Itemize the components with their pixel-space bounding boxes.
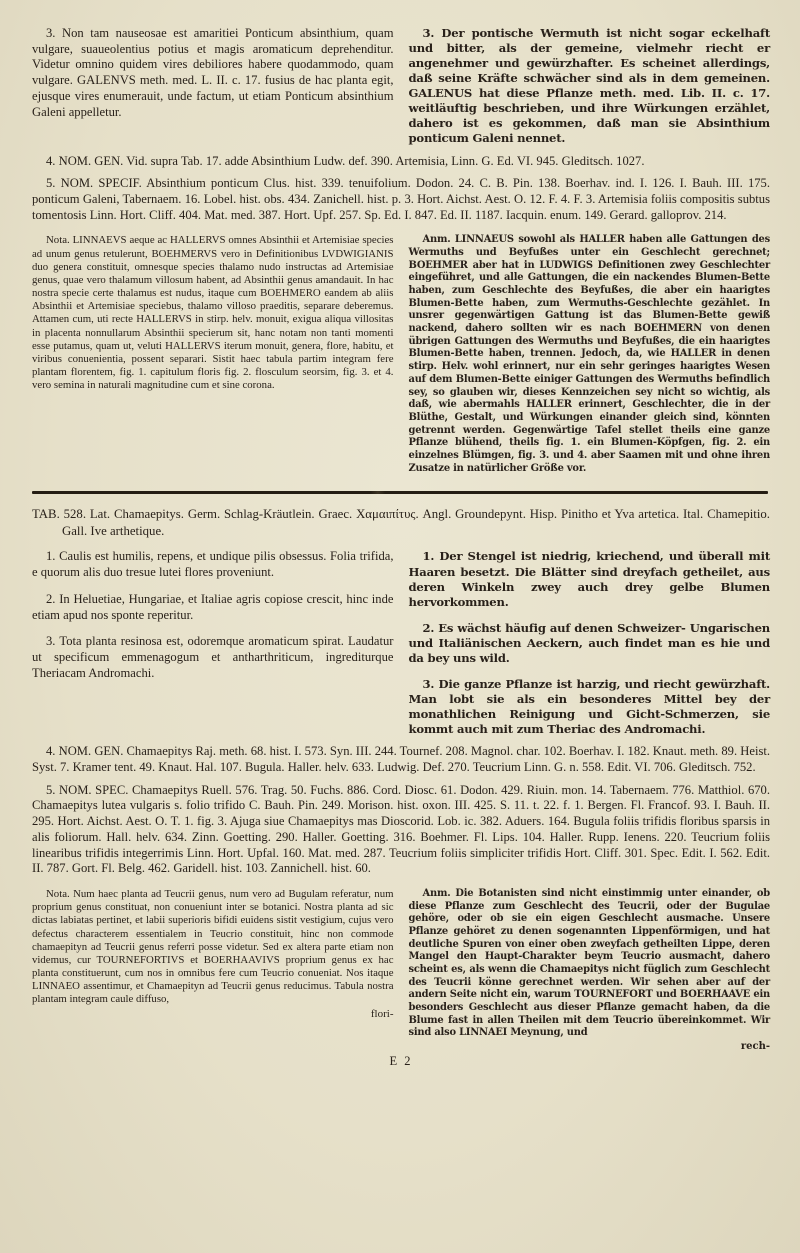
chamaepitys-latin-paragraph-1: 1. Caulis est humilis, repens, et undiqu… — [32, 549, 394, 580]
chamaepitys-latin-paragraph-2: 2. In Heluetiae, Hungariae, et Italiae a… — [32, 592, 394, 623]
chamaepitys-german-paragraph-2: 2. Es wächst häufig auf denen Schweizer-… — [409, 621, 771, 666]
catchword-flori: flori- — [371, 1008, 394, 1020]
absinthium-nom-gen: 4. NOM. GEN. Vid. supra Tab. 17. adde Ab… — [32, 154, 770, 170]
absinthium-entry: 3. Non tam nauseosae est amaritiei Ponti… — [32, 26, 770, 475]
chamaepitys-anm-german: Anm. Die Botanisten sind nicht einstimmi… — [409, 888, 771, 1040]
absinthium-german-paragraph-3: 3. Der pontische Wermuth ist nicht sogar… — [409, 26, 771, 147]
chamaepitys-nota-latin: Nota. Num haec planta ad Teucrii genus, … — [32, 888, 394, 1007]
chamaepitys-entry: TAB. 528. Lat. Chamaepitys. Germ. Schlag… — [32, 506, 770, 1069]
chamaepitys-german-paragraph-3: 3. Die ganze Pflanze ist harzig, und rie… — [409, 677, 771, 737]
chamaepitys-german-paragraph-1: 1. Der Stengel ist niedrig, kriechend, u… — [409, 549, 771, 609]
absinthium-paragraph-row: 3. Non tam nauseosae est amaritiei Ponti… — [32, 26, 770, 147]
chamaepitys-latin-paragraph-3: 3. Tota planta resinosa est, odoremque a… — [32, 634, 394, 681]
chamaepitys-german-column: 1. Der Stengel ist niedrig, kriechend, u… — [409, 549, 771, 737]
signature-mark: E 2 — [32, 1054, 770, 1069]
chamaepitys-anm-german-column: Anm. Die Botanisten sind nicht einstimmi… — [409, 888, 771, 1052]
chamaepitys-nota-row: Nota. Num haec planta ad Teucrii genus, … — [32, 888, 770, 1052]
chamaepitys-nom-gen: 4. NOM. GEN. Chamaepitys Raj. meth. 68. … — [32, 744, 770, 775]
section-divider-rule — [32, 491, 768, 494]
chamaepitys-nota-latin-column: Nota. Num haec planta ad Teucrii genus, … — [32, 888, 394, 1052]
absinthium-nota-row: Nota. LINNAEVS aeque ac HALLERVS omnes A… — [32, 234, 770, 475]
chamaepitys-latin-column: 1. Caulis est humilis, repens, et undiqu… — [32, 549, 394, 737]
absinthium-nota-latin: Nota. LINNAEVS aeque ac HALLERVS omnes A… — [32, 234, 394, 475]
catchword-rech: rech- — [741, 1041, 770, 1052]
book-page: 3. Non tam nauseosae est amaritiei Ponti… — [0, 0, 800, 1253]
chamaepitys-nom-spec: 5. NOM. SPEC. Chamaepitys Ruell. 576. Tr… — [32, 783, 770, 877]
absinthium-nom-specif: 5. NOM. SPECIF. Absinthium ponticum Clus… — [32, 176, 770, 223]
tab-528-heading: TAB. 528. Lat. Chamaepitys. Germ. Schlag… — [32, 506, 770, 539]
absinthium-anm-german: Anm. LINNAEUS sowohl als HALLER haben al… — [409, 234, 771, 475]
absinthium-latin-paragraph-3: 3. Non tam nauseosae est amaritiei Ponti… — [32, 26, 394, 147]
chamaepitys-description-row: 1. Caulis est humilis, repens, et undiqu… — [32, 549, 770, 737]
latin-catchline: flori- — [32, 1008, 394, 1020]
german-catchline: rech- — [409, 1041, 771, 1052]
